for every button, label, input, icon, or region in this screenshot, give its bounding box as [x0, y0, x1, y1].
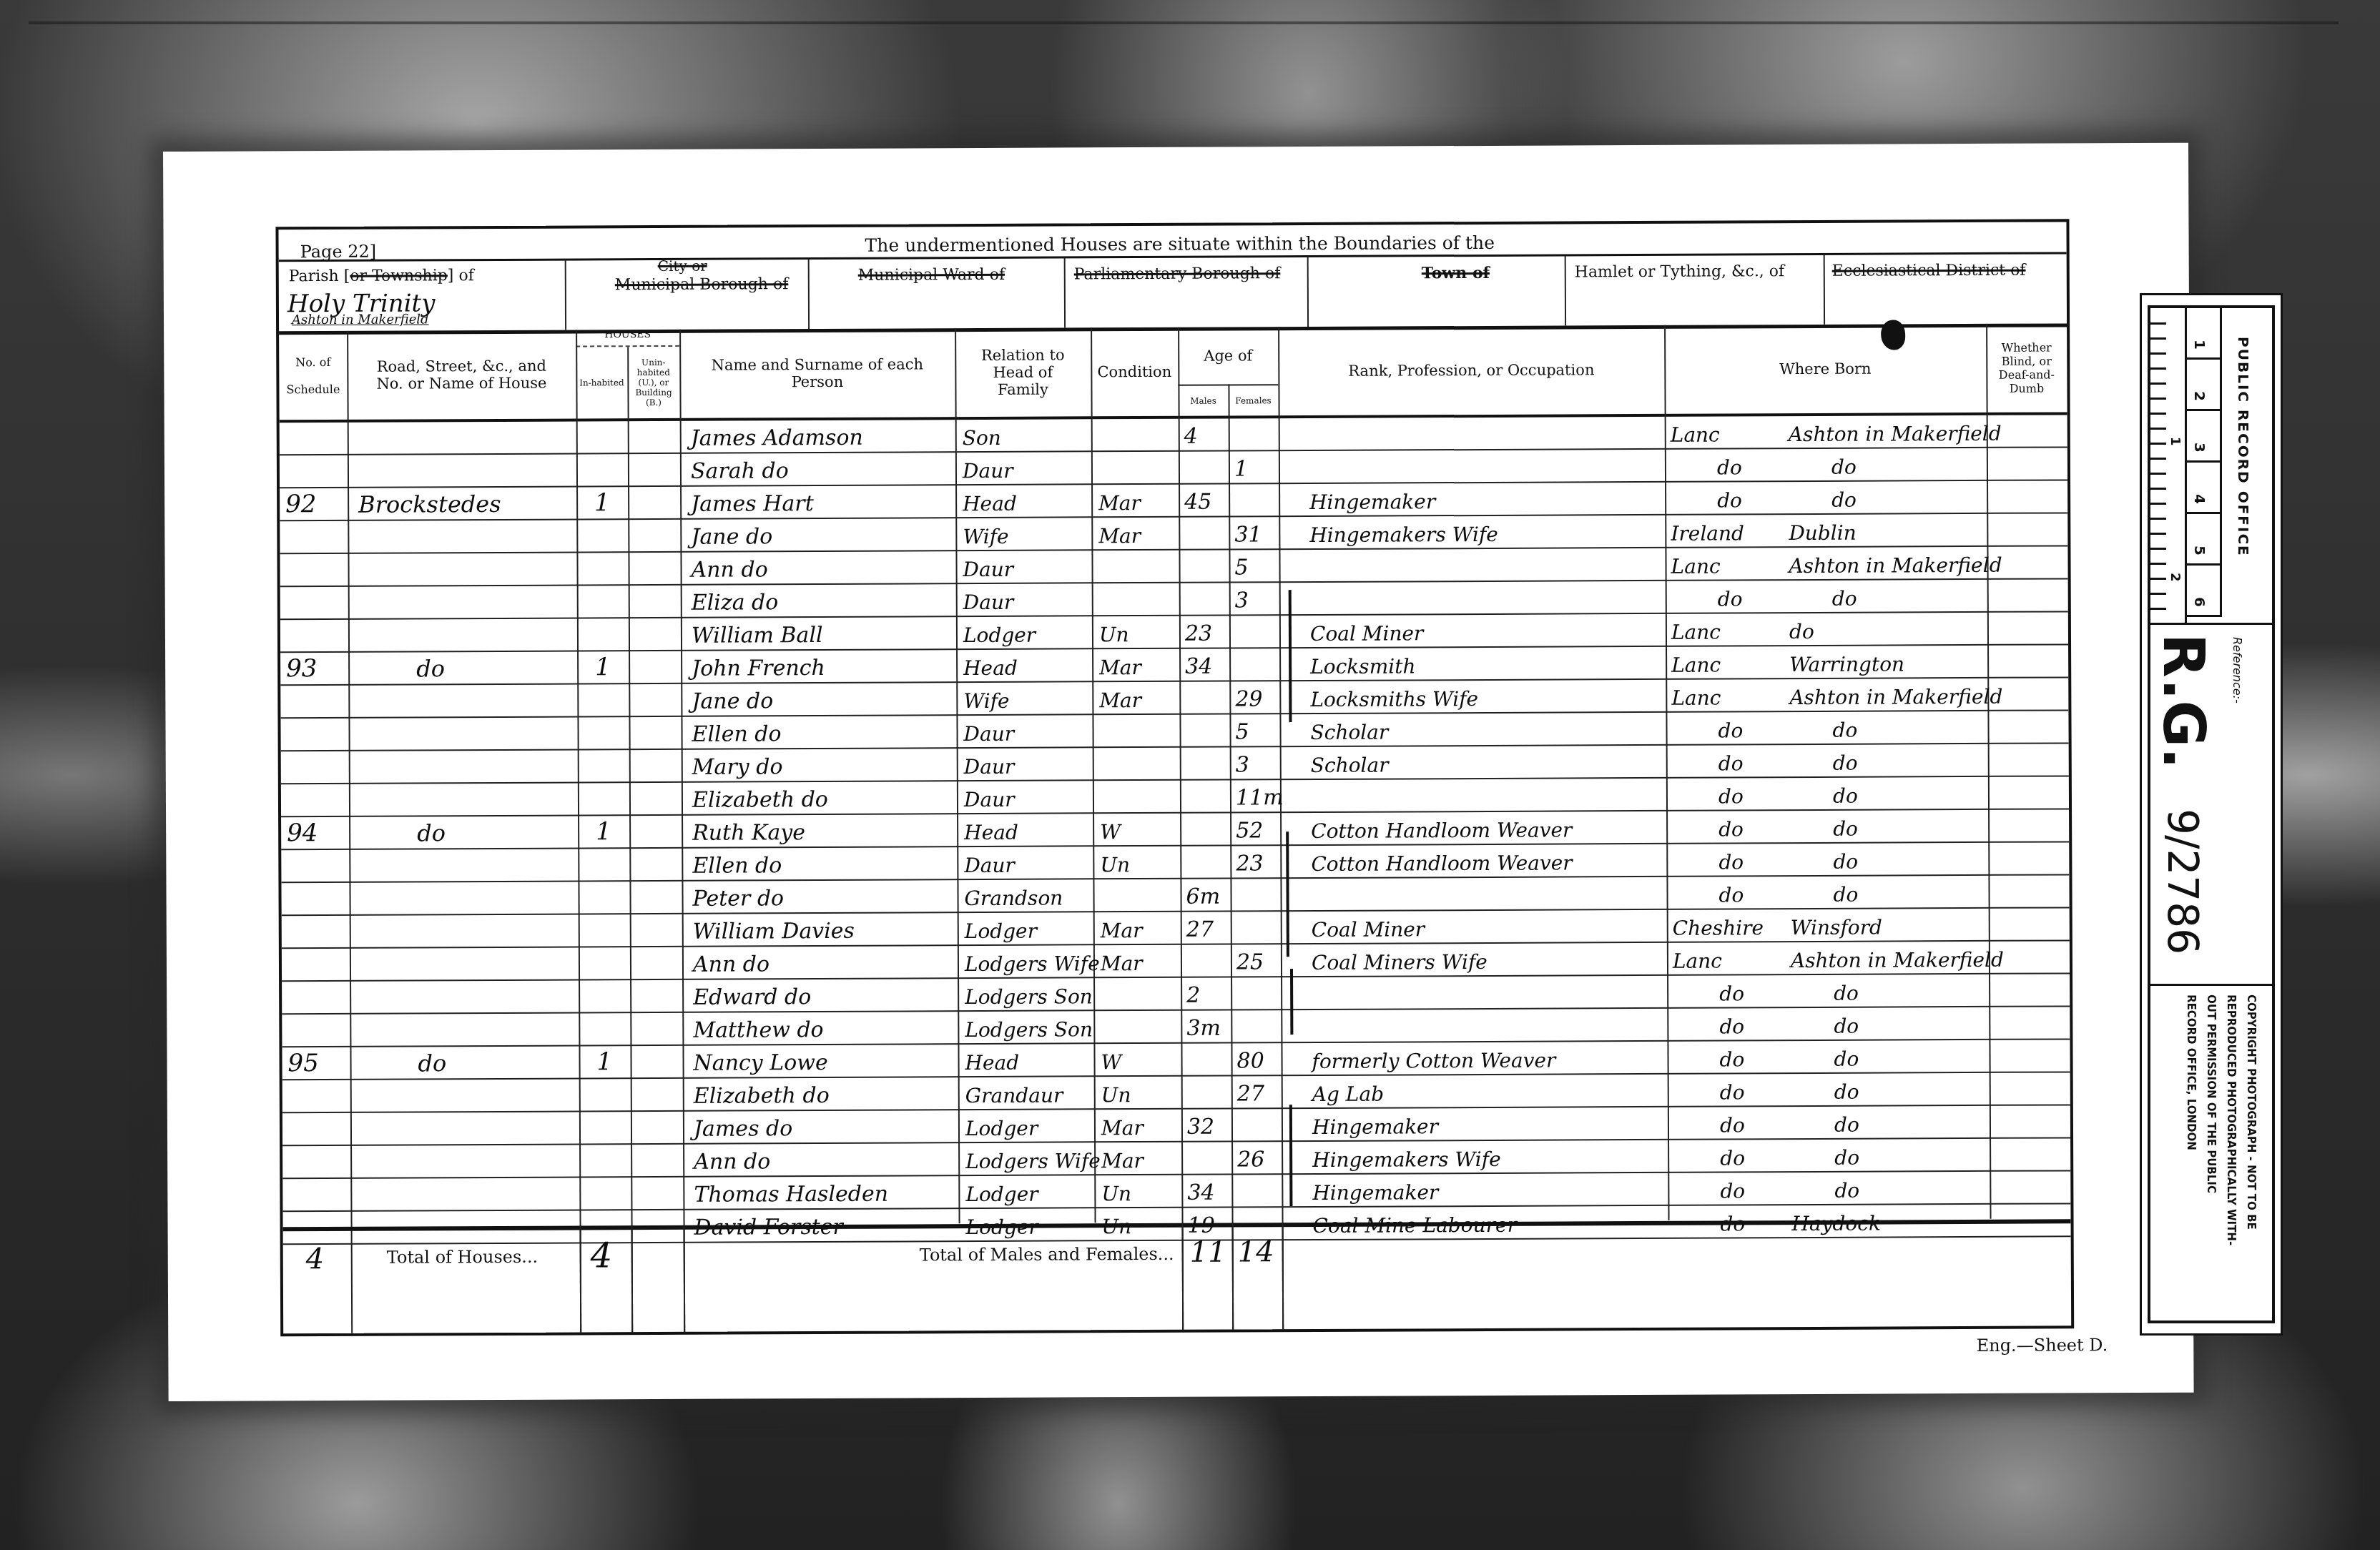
name-cell: William Ball: [692, 618, 823, 651]
occupation-cell: formerly Cotton Weaver: [1312, 1042, 1555, 1076]
condition-cell: W: [1101, 1044, 1121, 1077]
scale-box: 4: [2185, 463, 2222, 514]
name-cell: Jane do: [691, 519, 772, 552]
road-cell: do: [416, 652, 445, 685]
road-cell: do: [418, 1047, 446, 1080]
name-cell: Sarah do: [691, 453, 789, 487]
born-place-cell: Ashton in Makerfield: [1789, 678, 2002, 712]
col-occupation-header: Rank, Profession, or Occupation: [1278, 325, 1665, 415]
relation-cell: Daur: [963, 584, 1014, 617]
born-county-cell: do: [1720, 1074, 1745, 1107]
relation-cell: Lodger: [963, 617, 1036, 650]
condition-cell: W: [1100, 814, 1121, 846]
male-age-cell: 23: [1185, 616, 1212, 649]
scale-number: 1: [2191, 340, 2208, 350]
col-age-header: Age of: [1178, 327, 1278, 385]
born-county-cell: do: [1718, 581, 1743, 613]
born-county-cell: do: [1717, 449, 1742, 482]
born-county-cell: do: [1720, 1107, 1745, 1140]
condition-cell: Mar: [1101, 912, 1143, 945]
condition-cell: Mar: [1101, 1142, 1144, 1175]
ruler-tick: [2150, 503, 2166, 505]
name-cell: William Davies: [693, 914, 855, 947]
name-cell: Peter do: [692, 881, 784, 914]
occupation-cell: Hingemaker: [1312, 1108, 1438, 1142]
col-relation-header: Relation to Head of Family: [955, 327, 1091, 417]
female-age-cell: 27: [1237, 1076, 1264, 1109]
born-place-cell: do: [1834, 1173, 1859, 1205]
inhabited-cell: 1: [595, 651, 611, 684]
total-houses-value: 4: [591, 1235, 613, 1275]
occupation-cell: Locksmiths Wife: [1310, 681, 1478, 714]
col-uninhabited-header: Unin-habited (U.), or Building (B.): [627, 347, 679, 418]
female-age-cell: 5: [1235, 714, 1249, 747]
ruler-tick: [2150, 413, 2166, 415]
born-place-cell: do: [1834, 1074, 1859, 1107]
born-county-cell: Lanc: [1673, 942, 1722, 975]
col-houses-header: HOUSES: [576, 330, 679, 347]
col-females-header: Females: [1228, 385, 1278, 415]
ruler-tick: [2150, 578, 2166, 580]
ruler-tick: [2150, 563, 2166, 565]
col-where-born-header: Where Born: [1664, 324, 1987, 414]
name-cell: James Hart: [691, 486, 814, 520]
inch-mark: 2: [2168, 573, 2183, 582]
born-place-cell: do: [1833, 844, 1858, 877]
relation-cell: Lodgers Son: [965, 1011, 1093, 1045]
born-place-cell: do: [1833, 877, 1858, 909]
occupation-cell: Coal Miner: [1312, 911, 1425, 944]
name-cell: Eliza do: [692, 585, 779, 618]
schedule-cell: 92: [285, 488, 316, 521]
male-age-cell: 34: [1185, 649, 1212, 682]
born-place-cell: Dublin: [1789, 515, 1857, 548]
region-town: Town of: [1307, 255, 1566, 327]
born-county-cell: Cheshire: [1673, 909, 1764, 943]
card-header: PUBLIC RECORD OFFICE: [2235, 337, 2252, 557]
relation-cell: Daur: [964, 847, 1015, 880]
col-condition-header: Condition: [1091, 327, 1179, 417]
total-persons-label: Total of Males and Females...: [920, 1245, 1174, 1265]
name-cell: Nancy Lowe: [693, 1045, 827, 1079]
occupation-cell: Hingemaker: [1309, 483, 1435, 517]
occupation-cell: Hingemakers Wife: [1309, 516, 1498, 550]
male-age-cell: 3m: [1186, 1011, 1221, 1044]
relation-cell: Grandson: [964, 880, 1063, 914]
totals-row: 4 Total of Houses... 4 Total of Males an…: [283, 1219, 2072, 1334]
form-title: The undermentioned Houses are situate wi…: [865, 233, 1495, 255]
brace-mark: [1289, 1105, 1293, 1206]
ruler-tick: [2150, 398, 2166, 400]
male-age-cell: 27: [1186, 912, 1214, 945]
col-name-header: Name and Surname of each Person: [679, 328, 955, 418]
born-county-cell: do: [1718, 811, 1744, 844]
census-page: Page 22] The undermentioned Houses are s…: [163, 143, 2194, 1401]
col-males-header: Males: [1178, 386, 1228, 416]
ruler-tick: [2150, 322, 2166, 325]
ruler-tick: [2150, 488, 2166, 490]
copyright-notice: COPYRIGHT PHOTOGRAPH - NOT TO BE REPRODU…: [2160, 994, 2268, 1295]
col-inhabited-header: In-habited: [576, 347, 627, 418]
born-place-cell: Warrington: [1789, 646, 1904, 679]
ruler-tick: [2150, 443, 2166, 445]
condition-cell: Un: [1100, 846, 1130, 879]
ruler-tick: [2150, 608, 2166, 610]
born-county-cell: Lanc: [1671, 680, 1721, 713]
male-age-cell: 32: [1187, 1110, 1214, 1142]
name-cell: Matthew do: [693, 1012, 823, 1046]
condition-cell: Mar: [1101, 945, 1143, 978]
region-parish: Parish [or Township] of Holy Trinity Ash…: [279, 260, 566, 332]
ruler-tick: [2150, 367, 2166, 370]
female-age-cell: 3: [1235, 583, 1249, 616]
name-cell: James do: [694, 1111, 793, 1145]
ruler-tick: [2150, 352, 2166, 355]
born-county-cell: do: [1718, 844, 1744, 877]
scale-number: 2: [2191, 391, 2208, 401]
relation-cell: Daur: [963, 453, 1013, 485]
name-cell: Jane do: [692, 683, 773, 716]
census-form: Page 22] The undermentioned Houses are s…: [275, 219, 2074, 1336]
relation-cell: Lodgers Son: [965, 978, 1093, 1012]
born-county-cell: do: [1718, 712, 1743, 745]
name-cell: James Adamson: [691, 420, 863, 454]
female-age-cell: 52: [1236, 813, 1263, 846]
ruler-tick: [2150, 428, 2166, 430]
male-age-cell: 4: [1184, 419, 1198, 452]
condition-cell: Mar: [1098, 518, 1141, 551]
born-place-cell: do: [1789, 613, 1814, 646]
born-place-cell: do: [1832, 712, 1857, 745]
region-hamlet: Hamlet or Tything, &c., of: [1565, 255, 1825, 326]
name-cell: Elizabeth do: [692, 782, 828, 816]
condition-cell: Mar: [1101, 1110, 1144, 1142]
name-cell: Mary do: [692, 749, 783, 783]
born-place-cell: do: [1833, 745, 1858, 778]
born-place-cell: do: [1833, 778, 1858, 811]
name-cell: John French: [692, 651, 825, 684]
relation-cell: Daur: [963, 716, 1014, 749]
born-county-cell: Lanc: [1671, 548, 1720, 581]
ruler-scale: 12: [2150, 308, 2187, 623]
female-age-cell: 80: [1236, 1043, 1264, 1076]
male-age-cell: 34: [1187, 1175, 1214, 1208]
relation-cell: Wife: [963, 518, 1008, 551]
born-county-cell: Lanc: [1671, 614, 1721, 647]
born-place-cell: do: [1834, 975, 1859, 1008]
brace-mark: [1290, 969, 1293, 1035]
occupation-cell: Scholar: [1310, 714, 1388, 747]
condition-cell: Un: [1101, 1077, 1131, 1110]
condition-cell: Mar: [1099, 682, 1141, 715]
born-place-cell: do: [1832, 581, 1857, 613]
male-age-cell: 45: [1184, 485, 1211, 518]
inhabited-cell: 1: [596, 1046, 612, 1079]
born-place-cell: Ashton in Makerfield: [1789, 415, 2002, 449]
name-cell: Ellen do: [692, 848, 782, 882]
relation-cell: Son: [963, 420, 1001, 453]
schedule-cell: 95: [287, 1047, 318, 1080]
ruler-tick: [2150, 518, 2166, 520]
born-place-cell: do: [1834, 1107, 1859, 1140]
relation-cell: Head: [963, 485, 1017, 518]
born-place-cell: do: [1834, 1008, 1859, 1041]
scale-box: 1: [2185, 308, 2222, 360]
born-place-cell: Ashton in Makerfield: [1789, 547, 2002, 581]
occupation-cell: Locksmith: [1310, 648, 1415, 681]
born-county-cell: do: [1718, 745, 1744, 778]
scale-box: 6: [2185, 566, 2222, 617]
ruler-tick: [2150, 458, 2166, 460]
relation-cell: Lodger: [965, 913, 1037, 946]
born-county-cell: Lanc: [1671, 647, 1721, 680]
occupation-cell: Hingemakers Wife: [1312, 1141, 1501, 1175]
ruler-tick: [2150, 593, 2166, 595]
scale-number: 6: [2191, 597, 2208, 607]
scale-box: 3: [2185, 411, 2222, 463]
scale-box: 5: [2185, 514, 2222, 566]
page-number: Page 22]: [300, 242, 377, 262]
brace-mark: [1289, 590, 1292, 722]
name-cell: Thomas Hasleden: [694, 1177, 888, 1210]
parish-label-suffix: ] of: [448, 267, 474, 285]
name-cell: Ann do: [691, 552, 767, 585]
total-houses-label: Total of Houses...: [387, 1248, 538, 1267]
total-females-value: 14: [1238, 1235, 1274, 1268]
male-age-cell: 6m: [1186, 879, 1220, 912]
name-cell: Edward do: [693, 979, 811, 1013]
ruler-tick: [2150, 337, 2166, 340]
female-age-cell: 26: [1237, 1142, 1264, 1175]
name-cell: Ann do: [693, 947, 769, 979]
ruler-tick: [2150, 533, 2166, 535]
relation-cell: Grandaur: [965, 1077, 1063, 1111]
relation-cell: Lodger: [965, 1110, 1038, 1143]
female-age-cell: 5: [1234, 550, 1248, 583]
female-age-cell: 1: [1234, 451, 1248, 484]
occupation-cell: Ag Lab: [1312, 1076, 1384, 1109]
female-age-cell: 3: [1236, 747, 1249, 780]
born-county-cell: do: [1719, 1041, 1744, 1074]
ruler-tick: [2150, 473, 2166, 475]
born-county-cell: do: [1717, 482, 1742, 515]
born-county-cell: Ireland: [1671, 515, 1744, 548]
inch-mark: 1: [2168, 437, 2183, 446]
scale-number: 3: [2191, 443, 2208, 453]
road-cell: Brockstedes: [358, 488, 501, 521]
condition-cell: Un: [1101, 1175, 1131, 1208]
relation-cell: Daur: [964, 749, 1015, 781]
male-age-cell: 2: [1186, 978, 1200, 1011]
born-place-cell: do: [1831, 449, 1857, 482]
region-ecclesiastical-district: Ecclesiastical District of: [1824, 253, 2067, 324]
census-rows: James AdamsonSon4LancAshton in Makerfiel…: [280, 415, 2071, 1227]
reference-label: Reference:-: [2231, 637, 2244, 704]
road-cell: do: [417, 816, 446, 849]
born-county-cell: Lanc: [1671, 417, 1720, 450]
col-road-header: Road, Street, &c., and No. or Name of Ho…: [347, 330, 576, 419]
inhabited-cell: 1: [594, 487, 610, 520]
name-cell: Ruth Kaye: [692, 815, 805, 849]
relation-cell: Head: [964, 814, 1018, 847]
occupation-cell: Cotton Handloom Weaver: [1311, 844, 1573, 879]
born-place-cell: Ashton in Makerfield: [1791, 942, 2004, 975]
name-cell: Elizabeth do: [694, 1078, 830, 1112]
born-place-cell: Winsford: [1791, 909, 1882, 943]
parish-label: Parish [: [289, 267, 350, 285]
relation-cell: Wife: [963, 683, 1009, 716]
female-age-cell: 31: [1234, 517, 1262, 550]
occupation-cell: Scholar: [1311, 747, 1389, 780]
born-place-cell: do: [1833, 811, 1858, 844]
ruler-tick: [2150, 548, 2166, 550]
col-blind-header: Whether Blind, or Deaf-and-Dumb: [1986, 323, 2067, 412]
relation-cell: Lodgers Wife: [965, 945, 1100, 979]
parish-value-sub: Ashton in Makerfield: [292, 312, 429, 327]
name-cell: Ellen do: [692, 716, 781, 750]
scale-box: 2: [2185, 360, 2222, 411]
inhabited-cell: 1: [596, 816, 611, 849]
condition-cell: Un: [1099, 616, 1129, 649]
reference-card: 12 123456 PUBLIC RECORD OFFICE Reference…: [2140, 293, 2283, 1336]
female-age-cell: 29: [1235, 681, 1262, 714]
female-age-cell: 25: [1236, 944, 1264, 977]
region-municipal-borough: City or Municipal Borough of: [565, 259, 810, 330]
born-place-cell: do: [1834, 1041, 1859, 1074]
scale-number: 5: [2191, 546, 2208, 556]
relation-cell: Daur: [964, 781, 1015, 814]
occupation-cell: Coal Miners Wife: [1312, 944, 1487, 977]
female-age-cell: 11m: [1236, 780, 1284, 813]
relation-cell: Lodgers Wife: [965, 1142, 1101, 1176]
born-county-cell: do: [1720, 1140, 1745, 1173]
born-county-cell: do: [1719, 975, 1744, 1008]
born-county-cell: do: [1720, 1173, 1745, 1205]
reference-piece: 9/2786: [2162, 809, 2203, 954]
born-county-cell: do: [1718, 778, 1744, 811]
schedule-cell: 93: [286, 653, 317, 686]
born-county-cell: do: [1718, 877, 1744, 909]
total-schedules: 4: [306, 1243, 325, 1275]
relation-cell: Head: [963, 650, 1018, 683]
occupation-cell: Hingemaker: [1312, 1174, 1438, 1208]
condition-cell: Mar: [1098, 485, 1141, 518]
born-place-cell: do: [1834, 1140, 1859, 1173]
ruler-tick: [2150, 382, 2166, 385]
reference-series: R.G.: [2155, 633, 2212, 769]
born-place-cell: do: [1831, 482, 1857, 515]
region-parliamentary-borough: Parliamentary Borough of: [1064, 257, 1309, 327]
region-municipal-ward: Municipal Ward of: [808, 257, 1066, 329]
sheet-label: Eng.—Sheet D.: [1977, 1336, 2108, 1355]
condition-cell: Mar: [1099, 649, 1141, 682]
occupation-cell: Cotton Handloom Weaver: [1311, 811, 1573, 846]
col-schedule-header: No. of Schedule: [279, 331, 348, 420]
name-cell: Ann do: [694, 1144, 770, 1177]
occupation-cell: Coal Miner: [1310, 615, 1424, 648]
relation-cell: Head: [965, 1045, 1019, 1077]
relation-cell: Lodger: [965, 1176, 1038, 1209]
brace-mark: [1286, 831, 1289, 957]
female-age-cell: 23: [1236, 846, 1263, 879]
schedule-cell: 94: [287, 817, 318, 850]
total-males-value: 11: [1190, 1236, 1226, 1269]
born-county-cell: do: [1719, 1008, 1744, 1041]
relation-cell: Daur: [963, 551, 1013, 584]
scale-number: 4: [2191, 494, 2208, 504]
township-struck: or Township: [350, 267, 448, 285]
